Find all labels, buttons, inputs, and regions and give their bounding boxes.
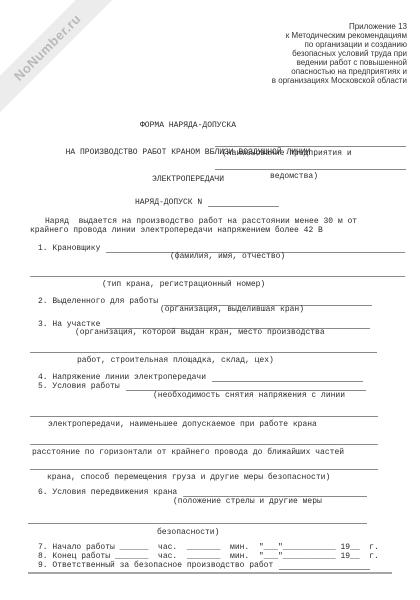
item-5-fill-line-4: [30, 469, 378, 470]
item-4-label: 4. Напряжение линии электропередачи: [38, 373, 206, 382]
intro-line-1: Наряд выдается на производство работ на …: [45, 217, 357, 226]
item-3-caption-2: работ, строительная площадка, склад, цех…: [77, 356, 274, 365]
permit-number-fill-line: [208, 198, 279, 207]
intro-line-2: крайнего провода линии электропередачи н…: [30, 226, 323, 235]
item-1-caption: (фамилия, имя, отчество): [170, 252, 285, 261]
item-2-label: 2. Выделенного для работы: [38, 297, 158, 306]
annex-note-line: в организациях Московской области: [272, 76, 407, 85]
watermark-text: NoNumber.ru: [11, 11, 84, 84]
org-dept-fill-line: [215, 169, 406, 170]
annex-note-line: безопасных условий труда при: [272, 49, 407, 58]
org-name-fill-line: [215, 146, 406, 147]
annex-note-line: Приложение 13: [272, 22, 407, 31]
item-6-caption-2: безопасности): [157, 528, 219, 537]
item-3-fill-line-2: [30, 352, 377, 353]
crane-type-fill-line: [30, 276, 405, 277]
item-5-caption-3: расстояние по горизонтали от крайнего пр…: [32, 448, 344, 457]
annex-note-line: ведении работ с повышенной: [272, 58, 407, 67]
permit-number-label: НАРЯД-ДОПУСК N: [135, 198, 202, 207]
item-3-caption-1: (организация, которой выдан кран, место …: [75, 328, 325, 337]
page-cut-line: [28, 572, 392, 574]
crane-type-caption: (тип крана, регистрационный номер): [102, 280, 265, 289]
org-dept-caption: ведомства): [270, 172, 318, 181]
annex-note-line: опасностью на предприятиях и: [272, 67, 407, 76]
item-6-label: 6. Условия передвижения крана: [38, 488, 177, 497]
item-5-caption-2: электропередачи, наименьшее допускаемое …: [48, 420, 317, 429]
form-item-5: 5. Условия работы: [38, 382, 366, 391]
annex-note-line: к Методическим рекомендациям: [272, 31, 407, 40]
form-item-9: 9. Ответственный за безопасное производс…: [38, 561, 370, 570]
item-4-fill-line: [212, 373, 363, 382]
item-6-caption-1: (положение стрелы и другие меры: [173, 497, 322, 506]
item-6-fill-line-2: [28, 523, 367, 524]
item-6-fill-line: [183, 488, 367, 497]
annex-note-line: по организации и созданию: [272, 40, 407, 49]
item-9-fill-line: [279, 561, 370, 570]
item-5-caption-4: крана, способ перемещения груза и другие…: [47, 473, 330, 482]
item-5-caption-1: (необходимость снятия напряжения с линии: [153, 391, 345, 400]
item-5-fill-line-2: [30, 416, 378, 417]
item-2-caption: (организация, выделившая кран): [160, 305, 304, 314]
form-item-8: 8. Конец работы _______ час. _______ мин…: [38, 552, 379, 561]
form-item-6: 6. Условия передвижения крана: [38, 488, 367, 497]
form-item-7: 7. Начало работы ______ час. _______ мин…: [38, 543, 379, 552]
item-9-label: 9. Ответственный за безопасное производс…: [38, 561, 273, 570]
annex-note: Приложение 13 к Методическим рекомендаци…: [272, 22, 407, 85]
watermark-ribbon: NoNumber.ru: [0, 0, 116, 116]
item-5-fill-line-3: [30, 444, 378, 445]
item-1-label: 1. Крановщику: [38, 244, 100, 253]
form-item-4: 4. Напряжение линии электропередачи: [38, 373, 363, 382]
document-page: NoNumber.ru Приложение 13 к Методическим…: [0, 0, 420, 600]
permit-number-row: НАРЯД-ДОПУСК N: [135, 198, 279, 207]
item-5-label: 5. Условия работы: [38, 382, 120, 391]
org-name-caption: (наименование предприятия и: [222, 149, 352, 158]
form-title-line: ФОРМА НАРЯДА-ДОПУСКА: [30, 121, 346, 130]
item-5-fill-line: [126, 382, 366, 391]
